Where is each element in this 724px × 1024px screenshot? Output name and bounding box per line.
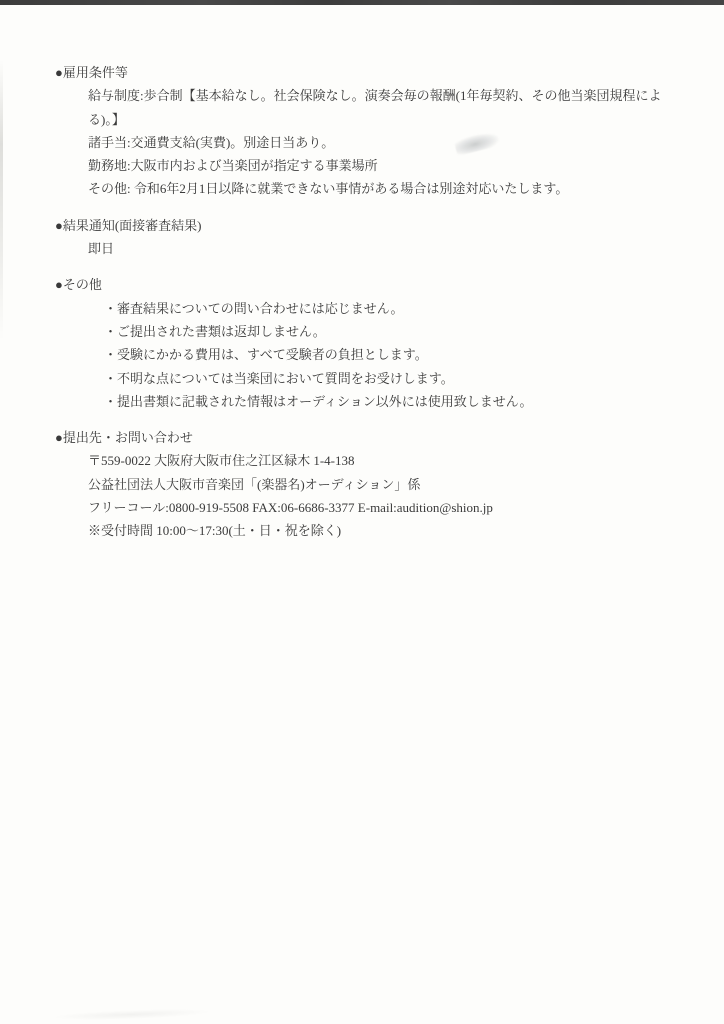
section-heading: ●結果通知(面接審査結果) — [55, 214, 660, 237]
bullet-item: ・ご提出された書類は返却しません。 — [104, 320, 664, 343]
text-line: 勤務地:大阪市内および当楽団が指定する事業場所 — [88, 154, 672, 177]
bullet-item: ・不明な点については当楽団において質問をお受けします。 — [104, 367, 664, 390]
scan-left-streak-artifact — [0, 60, 3, 340]
text-line: 諸手当:交通費支給(実費)。別途日当あり。 — [88, 131, 672, 154]
section-heading: ●提出先・お問い合わせ — [55, 426, 660, 449]
text-line: 公益社団法人大阪市音楽団「(楽器名)オーディション」係 — [88, 473, 672, 496]
section-employment-conditions: ●雇用条件等給与制度:歩合制【基本給なし。社会保険なし。演奏会毎の報酬(1年毎契… — [55, 61, 660, 201]
section-heading: ●その他 — [55, 273, 660, 296]
text-line: その他: 令和6年2月1日以降に就業できない事情がある場合は別途対応いたします。 — [88, 177, 672, 200]
bullet-item: ・提出書類に記載された情報はオーディション以外には使用致しません。 — [104, 390, 664, 413]
section-contact: ●提出先・お問い合わせ〒559-0022 大阪府大阪市住之江区緑木 1-4-13… — [55, 426, 660, 542]
scan-top-edge-artifact — [0, 0, 724, 5]
scan-bottom-shadow-artifact — [52, 1007, 212, 1022]
section-other-notes: ●その他・審査結果についての問い合わせには応じません。・ご提出された書類は返却し… — [55, 273, 660, 413]
text-line: フリーコール:0800-919-5508 FAX:06-6686-3377 E-… — [88, 496, 672, 519]
bullet-item: ・受験にかかる費用は、すべて受験者の負担とします。 — [104, 343, 664, 366]
bullet-item: ・審査結果についての問い合わせには応じません。 — [104, 297, 664, 320]
text-line: 給与制度:歩合制【基本給なし。社会保険なし。演奏会毎の報酬(1年毎契約、その他当… — [88, 84, 672, 131]
text-line: ※受付時間 10:00〜17:30(土・日・祝を除く) — [88, 519, 672, 542]
section-result-notice: ●結果通知(面接審査結果)即日 — [55, 214, 660, 261]
document-page: ●雇用条件等給与制度:歩合制【基本給なし。社会保険なし。演奏会毎の報酬(1年毎契… — [0, 0, 724, 1024]
section-heading: ●雇用条件等 — [55, 61, 660, 84]
text-line: 即日 — [88, 237, 672, 260]
document-content: ●雇用条件等給与制度:歩合制【基本給なし。社会保険なし。演奏会毎の報酬(1年毎契… — [55, 61, 660, 556]
text-line: 〒559-0022 大阪府大阪市住之江区緑木 1-4-138 — [88, 449, 672, 472]
